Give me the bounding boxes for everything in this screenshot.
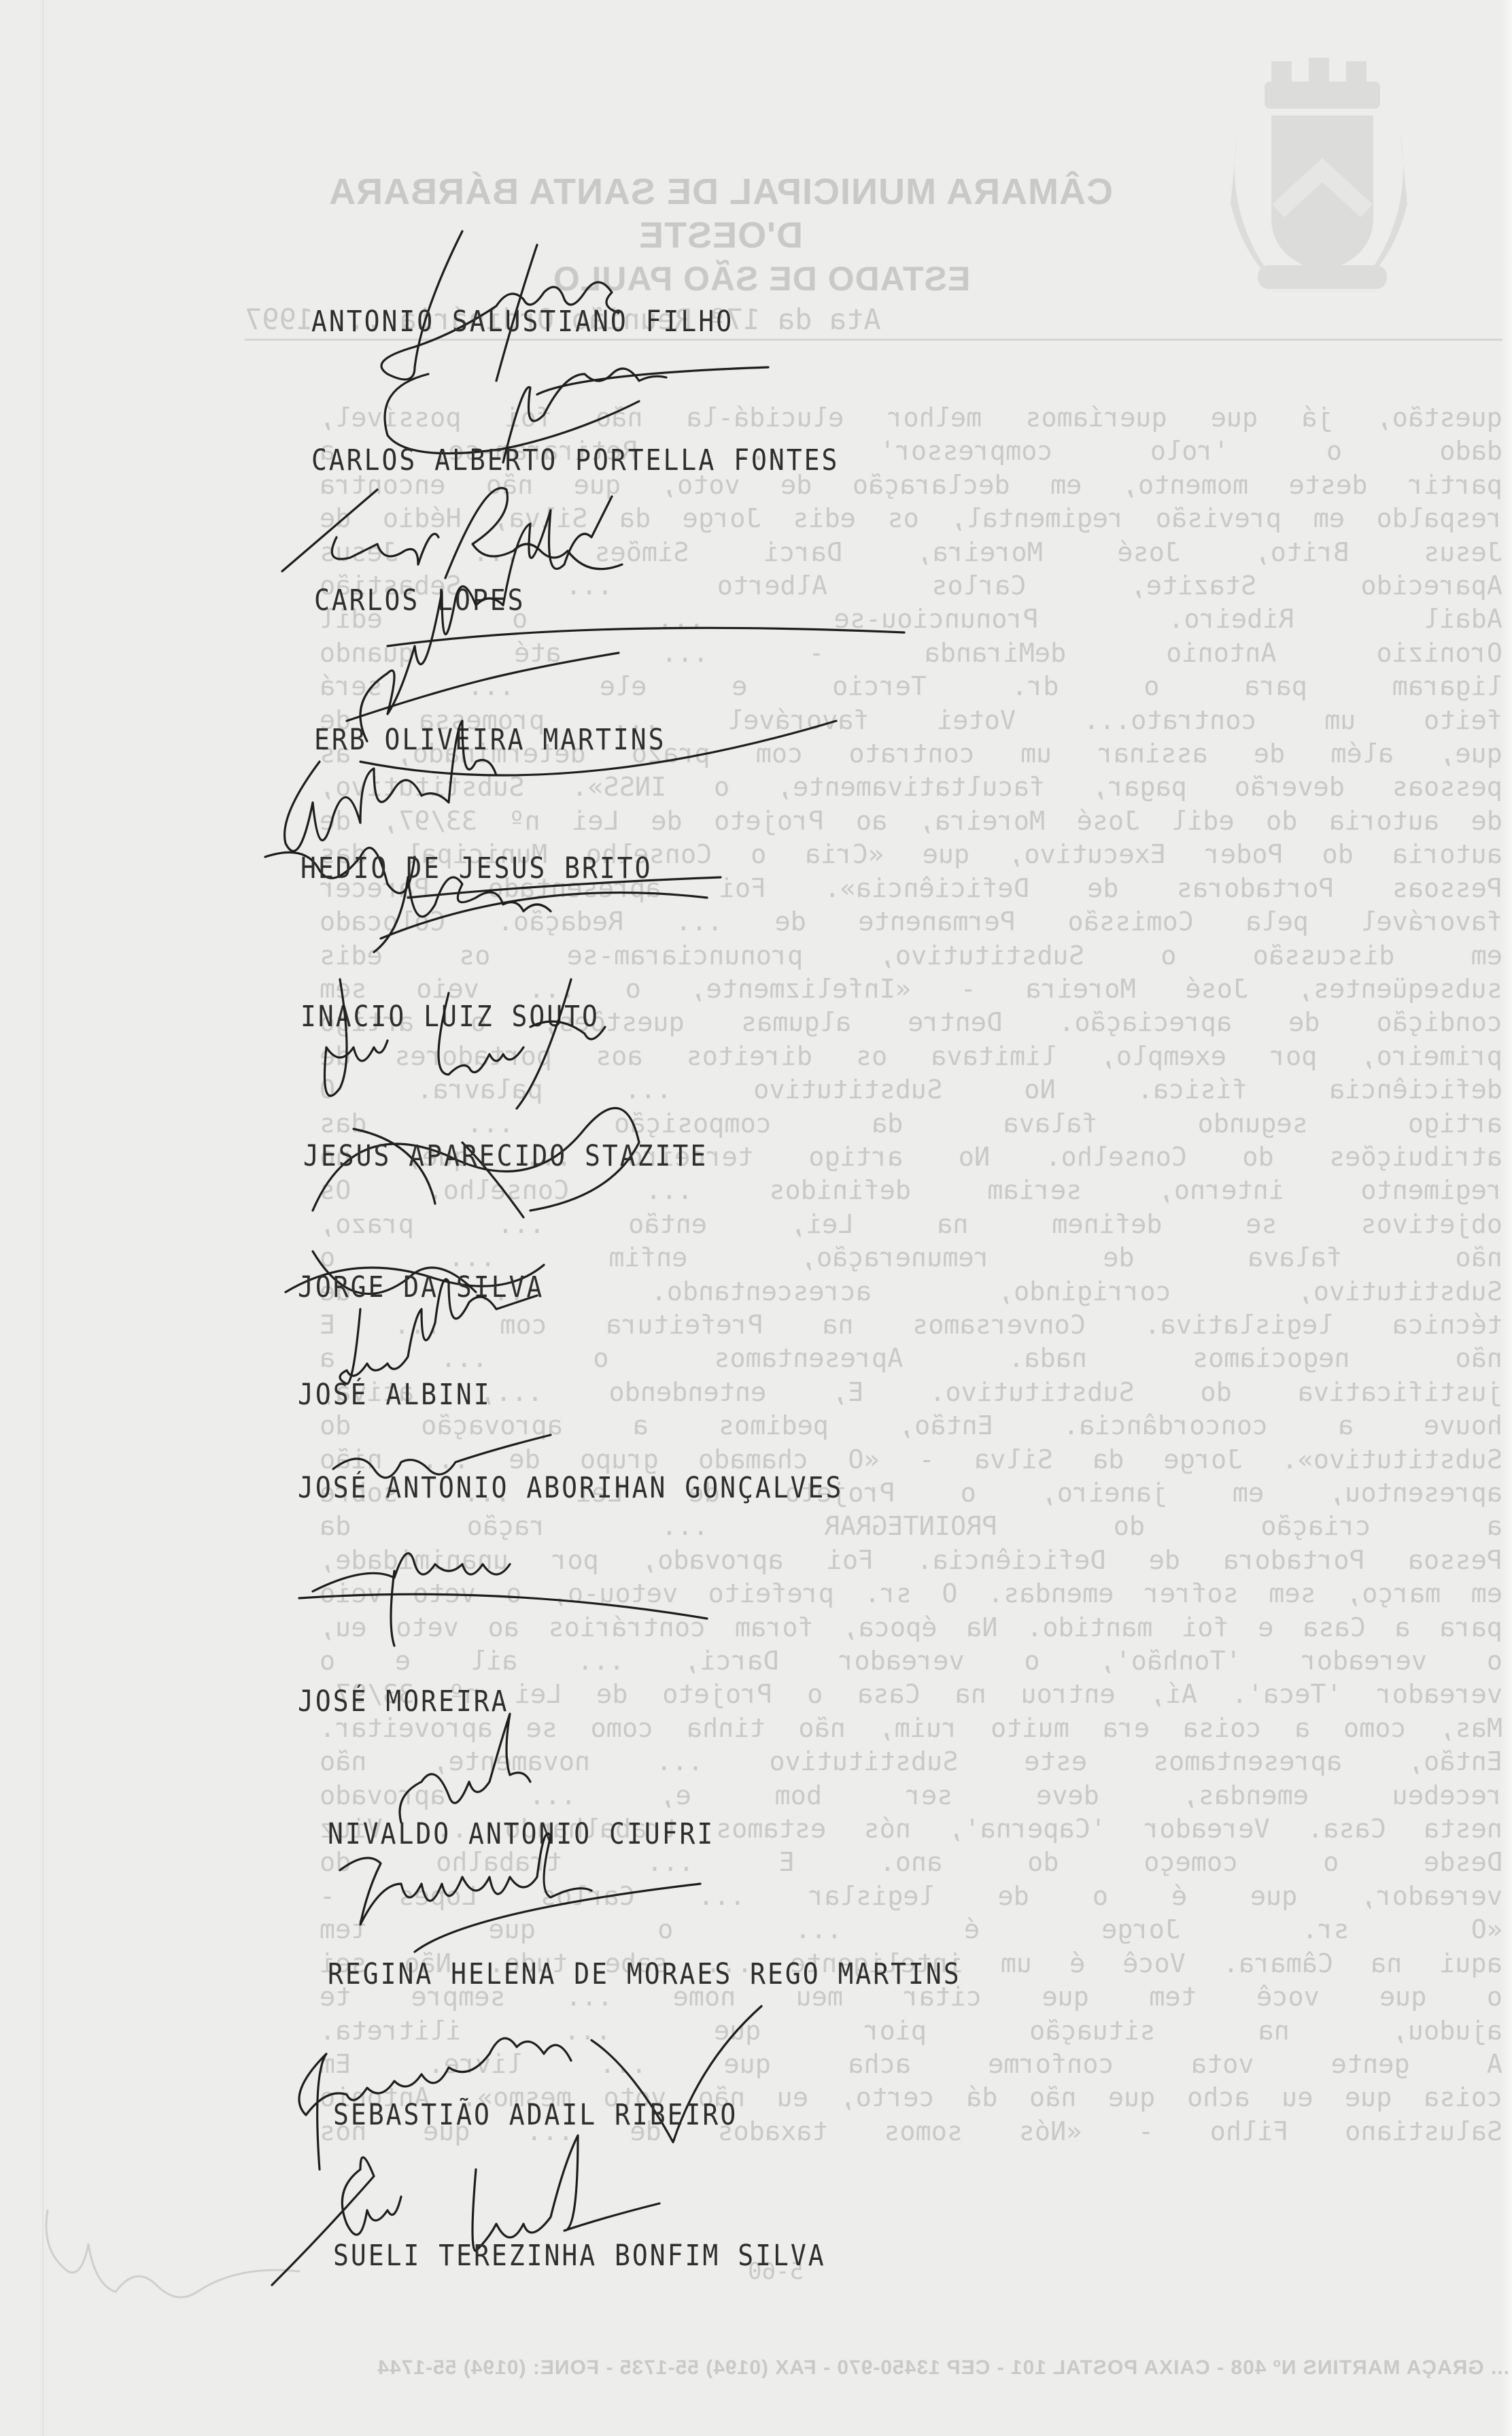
bleed-through-footer: ... GRAÇA MARTINS Nº 408 - CAIXA POSTAL … xyxy=(82,2356,1509,2380)
signatory-name: JORGE DA SILVA xyxy=(298,1270,544,1304)
signature-jesus-stazite xyxy=(286,966,721,1224)
signatory-name: SUELI TEREZINHA BONFIM SILVA xyxy=(333,2239,826,2272)
signatory-name: JOSÉ MOREIRA xyxy=(298,1685,509,1718)
signature-regina-martins xyxy=(313,1829,734,1965)
signature-jose-moreira xyxy=(286,1530,727,1653)
signatory-name: SEBASTIÃO ADAIL RIBEIRO xyxy=(333,2098,738,2131)
signatory-name: JOSÉ ANTONIO ABORIHAN GONÇALVES xyxy=(298,1471,843,1504)
signature-sueli-silva xyxy=(258,2142,775,2299)
signatory-name: JESUS APARECIDO STAZITE xyxy=(303,1139,708,1172)
document-page: CÂMARA MUNICIPAL DE SANTA BÁRBARA D'OEST… xyxy=(0,0,1512,2436)
signatory-name: JOSÉ ALBINI xyxy=(298,1378,492,1411)
signatory-name: ANTONIO SALUSTIANO FILHO xyxy=(311,305,734,338)
scan-margin-line xyxy=(42,0,44,2436)
